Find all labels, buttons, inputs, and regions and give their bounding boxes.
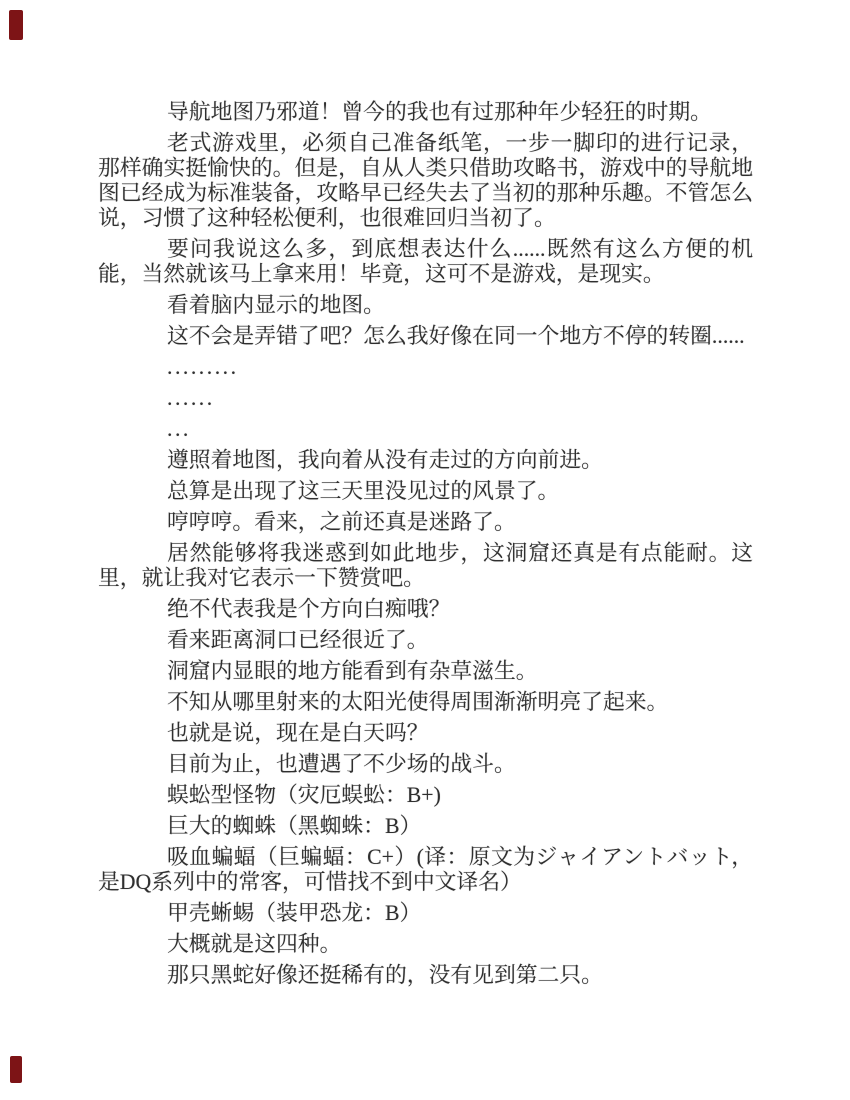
paragraph: 哼哼哼。看来，之前还真是迷路了。 <box>98 510 753 535</box>
novel-text-content: 导航地图乃邪道！曾今的我也有过那种年少轻狂的时期。 老式游戏里，必须自己准备纸笔… <box>98 100 753 994</box>
paragraph: 也就是说，现在是白天吗？ <box>98 721 753 746</box>
paragraph: 导航地图乃邪道！曾今的我也有过那种年少轻狂的时期。 <box>98 100 753 125</box>
paragraph: 老式游戏里，必须自己准备纸笔，一步一脚印的进行记录，那样确实挺愉快的。但是，自从… <box>98 131 753 231</box>
paragraph: 要问我说这么多，到底想表达什么......既然有这么方便的机能，当然就该马上拿来… <box>98 237 753 287</box>
paragraph: 那只黑蛇好像还挺稀有的，没有见到第二只。 <box>98 963 753 988</box>
monster-entry: 吸血蝙蝠（巨蝙蝠：C+）(译：原文为ジャイアントバット，是DQ系列中的常客，可惜… <box>98 845 753 895</box>
paragraph: 绝不代表我是个方向白痴哦？ <box>98 597 753 622</box>
paragraph: 居然能够将我迷惑到如此地步，这洞窟还真是有点能耐。这里，就让我对它表示一下赞赏吧… <box>98 541 753 591</box>
paragraph: 总算是出现了这三天里没见过的风景了。 <box>98 479 753 504</box>
paragraph: 大概就是这四种。 <box>98 932 753 957</box>
paragraph: 看着脑内显示的地图。 <box>98 293 753 318</box>
paragraph: 洞窟内显眼的地方能看到有杂草滋生。 <box>98 659 753 684</box>
document-page: 导航地图乃邪道！曾今的我也有过那种年少轻狂的时期。 老式游戏里，必须自己准备纸笔… <box>0 0 850 1100</box>
monster-entry: 甲壳蜥蜴（装甲恐龙：B） <box>98 901 753 926</box>
page-corner-mark-bottom <box>10 1056 22 1083</box>
ellipsis-line: ...... <box>98 386 753 411</box>
paragraph: 遵照着地图，我向着从没有走过的方向前进。 <box>98 448 753 473</box>
paragraph: 看来距离洞口已经很近了。 <box>98 628 753 653</box>
paragraph: 目前为止，也遭遇了不少场的战斗。 <box>98 752 753 777</box>
page-corner-mark-top <box>9 10 23 40</box>
paragraph: 不知从哪里射来的太阳光使得周围渐渐明亮了起来。 <box>98 690 753 715</box>
ellipsis-line: ... <box>98 417 753 442</box>
monster-entry: 巨大的蜘蛛（黑蜘蛛：B） <box>98 814 753 839</box>
paragraph: 这不会是弄错了吧？怎么我好像在同一个地方不停的转圈...... <box>98 324 753 349</box>
ellipsis-line: ......... <box>98 355 753 380</box>
monster-entry: 蜈蚣型怪物（灾厄蜈蚣：B+) <box>98 783 753 808</box>
